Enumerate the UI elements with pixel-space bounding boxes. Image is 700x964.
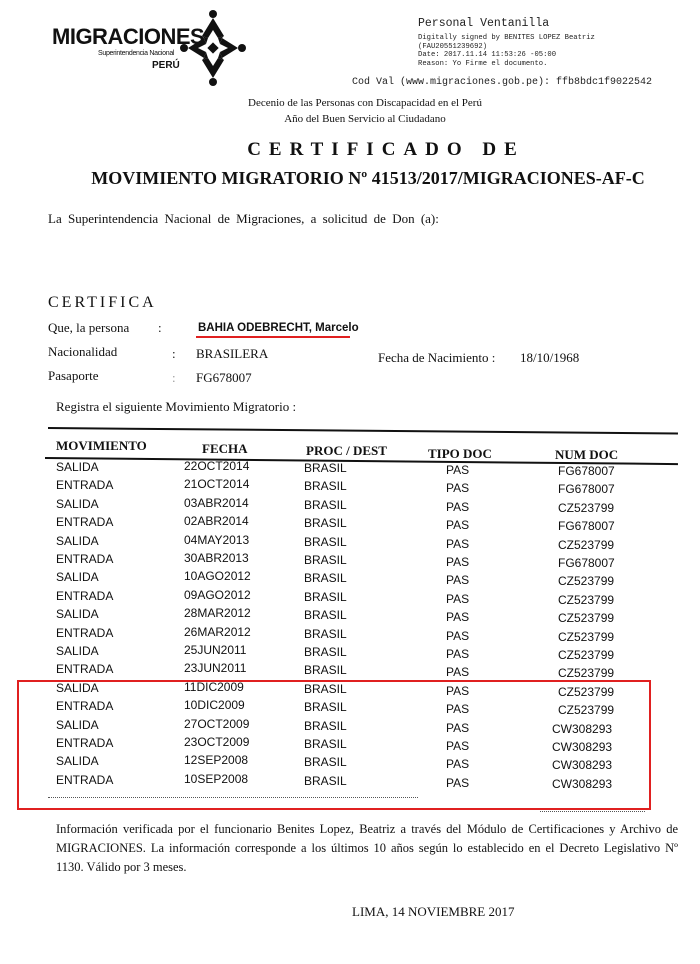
person-name: BAHIA ODEBRECHT, Marcelo — [198, 322, 359, 334]
document-number: CZ523799 — [558, 648, 614, 662]
movement-type: SALIDA — [56, 460, 99, 474]
column-header: TIPO DOC — [428, 446, 492, 462]
movement-type: SALIDA — [56, 570, 99, 584]
document-type: PAS — [446, 481, 469, 495]
birth-date-label: Fecha de Nacimiento : — [378, 350, 495, 366]
document-number: CZ523799 — [558, 593, 614, 607]
column-header: PROC / DEST — [306, 443, 387, 459]
document-type: PAS — [446, 500, 469, 514]
origin-destination: BRASIL — [304, 553, 347, 567]
document-number: CZ523799 — [558, 611, 614, 625]
colon: : — [172, 346, 176, 362]
movement-date: 09AGO2012 — [184, 588, 251, 602]
origin-destination: BRASIL — [304, 608, 347, 622]
movement-date: 21OCT2014 — [184, 477, 249, 491]
colon: : — [158, 320, 162, 336]
document-type: PAS — [446, 573, 469, 587]
passport-value: FG678007 — [196, 370, 252, 386]
document-number: CZ523799 — [558, 538, 614, 552]
movement-date: 28MAR2012 — [184, 606, 251, 620]
movement-type: SALIDA — [56, 497, 99, 511]
column-header: FECHA — [202, 441, 248, 457]
document-number: FG678007 — [558, 482, 615, 496]
origin-destination: BRASIL — [304, 627, 347, 641]
origin-destination: BRASIL — [304, 498, 347, 512]
movement-type: SALIDA — [56, 644, 99, 658]
highlighted-rows-box — [17, 680, 651, 810]
document-type: PAS — [446, 537, 469, 551]
origin-destination: BRASIL — [304, 663, 347, 677]
intro-text: La Superintendencia Nacional de Migracio… — [48, 211, 439, 227]
document-type: PAS — [446, 463, 469, 477]
decenio-line: Decenio de las Personas con Discapacidad… — [0, 95, 700, 111]
colon: : — [172, 370, 176, 386]
document-type: PAS — [446, 555, 469, 569]
origin-destination: BRASIL — [304, 590, 347, 604]
decenio-header: Decenio de las Personas con Discapacidad… — [0, 95, 700, 127]
document-type: PAS — [446, 647, 469, 661]
digital-signature: Personal Ventanilla Digitally signed by … — [418, 17, 595, 68]
movement-type: ENTRADA — [56, 626, 113, 640]
decenio-line: Año del Buen Servicio al Ciudadano — [0, 111, 700, 127]
signature-line: Reason: Yo Firme el documento. — [418, 60, 595, 69]
origin-destination: BRASIL — [304, 571, 347, 585]
signature-line: Digitally signed by BENITES LOPEZ Beatri… — [418, 34, 595, 43]
origin-destination: BRASIL — [304, 645, 347, 659]
signature-line: Date: 2017.11.14 11:53:26 -05:00 — [418, 51, 595, 60]
origin-destination: BRASIL — [304, 535, 347, 549]
name-highlight-underline — [196, 336, 350, 338]
document-number: CZ523799 — [558, 501, 614, 515]
migraciones-logo: MIGRACIONES Superintendencia Nacional PE… — [52, 18, 252, 80]
table-end-dotted-line — [48, 797, 418, 798]
document-type: PAS — [446, 610, 469, 624]
person-label: Que, la persona — [48, 320, 129, 336]
origin-destination: BRASIL — [304, 479, 347, 493]
movement-date: 25JUN2011 — [184, 643, 246, 657]
document-number: CZ523799 — [558, 666, 614, 680]
movement-date: 30ABR2013 — [184, 551, 249, 565]
movement-date: 10AGO2012 — [184, 569, 251, 583]
movement-type: SALIDA — [56, 607, 99, 621]
origin-destination: BRASIL — [304, 516, 347, 530]
movement-type: ENTRADA — [56, 552, 113, 566]
document-title: CERTIFICADO DE — [0, 139, 700, 161]
column-header: NUM DOC — [555, 447, 618, 463]
document-number: CZ523799 — [558, 630, 614, 644]
origin-destination: BRASIL — [304, 461, 347, 475]
document-type: PAS — [446, 665, 469, 679]
document-number: CZ523799 — [558, 574, 614, 588]
validation-code: Cod Val (www.migraciones.gob.pe): ffb8bd… — [352, 77, 652, 88]
table-end-dotted-line — [540, 811, 645, 812]
logo-country: PERÚ — [152, 60, 180, 71]
movement-type: ENTRADA — [56, 515, 113, 529]
nationality-value: BRASILERA — [196, 346, 268, 362]
place-date: LIMA, 14 NOVIEMBRE 2017 — [352, 904, 515, 920]
passport-label: Pasaporte — [48, 368, 99, 384]
movement-date: 04MAY2013 — [184, 533, 249, 547]
registra-text: Registra el siguiente Movimiento Migrato… — [56, 399, 296, 415]
movement-type: ENTRADA — [56, 478, 113, 492]
document-number: FG678007 — [558, 519, 615, 533]
movement-date: 02ABR2014 — [184, 514, 249, 528]
verification-note: Información verificada por el funcionari… — [56, 820, 678, 877]
movement-date: 26MAR2012 — [184, 625, 251, 639]
certifica-heading: CERTIFICA — [48, 294, 157, 312]
movement-type: ENTRADA — [56, 589, 113, 603]
document-subtitle: MOVIMIENTO MIGRATORIO Nº 41513/2017/MIGR… — [0, 168, 700, 189]
logo-subtitle: Superintendencia Nacional — [98, 50, 174, 57]
document-number: FG678007 — [558, 464, 615, 478]
movement-date: 03ABR2014 — [184, 496, 249, 510]
table-top-rule — [48, 427, 678, 434]
birth-date-value: 18/10/1968 — [520, 350, 579, 366]
movement-date: 22OCT2014 — [184, 459, 249, 473]
column-header: MOVIMIENTO — [56, 438, 147, 454]
signature-title: Personal Ventanilla — [418, 17, 595, 30]
document-type: PAS — [446, 518, 469, 532]
document-type: PAS — [446, 592, 469, 606]
nationality-label: Nacionalidad — [48, 344, 117, 360]
movement-type: SALIDA — [56, 534, 99, 548]
movement-type: ENTRADA — [56, 662, 113, 676]
document-type: PAS — [446, 629, 469, 643]
signature-line: (FAU20551239692) — [418, 43, 595, 52]
document-number: FG678007 — [558, 556, 615, 570]
movement-date: 23JUN2011 — [184, 661, 246, 675]
migraciones-star-emblem-icon — [178, 8, 248, 88]
